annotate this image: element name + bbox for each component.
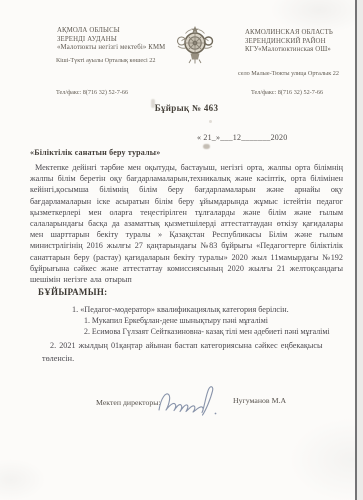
order-item-1: 1. «Педагог-модератор» квалификациялық к… [72,305,289,314]
director-signature-icon [156,382,222,418]
kazakhstan-coat-of-arms-icon [175,20,215,66]
scan-speck [209,120,212,123]
order-date-line: « 21_»___12_______2020 [197,133,287,142]
phone-fax-ru: Тел/факс: 8(716 32) 52-7-66 [251,89,323,96]
scan-speck [203,144,210,149]
director-name: Нугуманов М.А [233,396,286,405]
phone-fax-kk: Тел/факс: 8(716 32) 52-7-66 [56,89,128,96]
org-line-ru: АКМОЛИНСКАЯ ОБЛАСТЬ [245,29,360,38]
resolution-heading: БҰЙЫРАМЫН: [38,287,107,297]
scanned-order-document: АҚМОЛА ОБЛЫСЫ ЗЕРЕНДІ АУДАНЫ «Малотюкты … [0,0,363,500]
order-preamble-paragraph: Мектепке дейінгі тәрбие мен оқытуды, бас… [30,162,343,285]
address-ru: село Малые-Тюкты улица Орталык 22 [238,70,339,77]
order-subject-title: «Біліктілік санатын беру туралы» [30,148,160,157]
org-line-ru: ЗЕРЕНДИНСКИЙ РАЙОН [245,38,360,47]
order-item-1-sub-2: 2. Есимова Гүлзаят Сейтказиновна- казақ … [84,327,330,336]
order-number-heading: Бұйрық № 463 [20,103,353,113]
scan-edge-strip [357,0,363,500]
letterhead-right-org: АКМОЛИНСКАЯ ОБЛАСТЬ ЗЕРЕНДИНСКИЙ РАЙОН К… [245,29,360,55]
org-line-ru: КГУ«Малотюктинская ОШ» [245,46,360,55]
signature-role-label: Мектеп директоры: [96,398,161,407]
address-kk: Кіші-Түкті ауылы Орталық көшесі 22 [56,57,155,64]
order-item-1-sub-1: 1. Мукапил Еркебұлан-дене шынықтыру пәні… [84,316,268,325]
order-item-2: 2. 2021 жылдың 01қаңтар айынан бастап ка… [42,340,330,366]
